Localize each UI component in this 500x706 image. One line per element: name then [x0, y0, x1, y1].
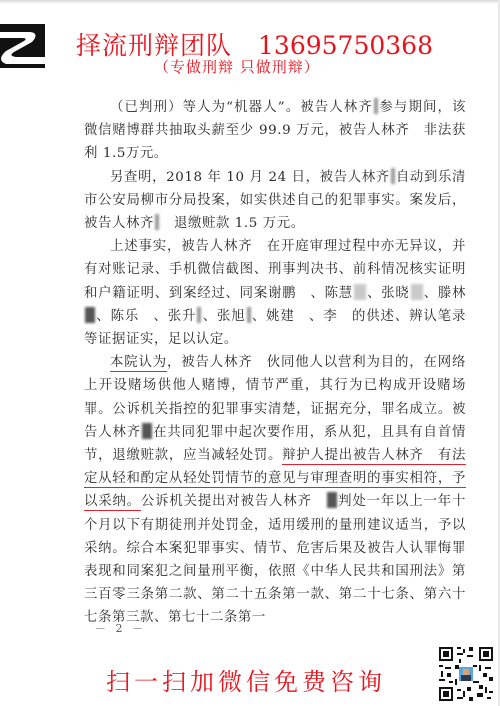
paragraph-3: 上述事实，被告人林齐 在开庭审理过程中亦无异议，并有对账记录、手机微信截图、刑事… [84, 235, 466, 351]
redaction [411, 284, 423, 300]
redaction [327, 492, 337, 508]
redaction [142, 423, 152, 439]
redaction [247, 307, 251, 323]
redaction [85, 307, 95, 323]
underlined-court-opinion-lead: 本院认为 [110, 355, 167, 372]
scan-top-edge [0, 0, 500, 4]
z-road-logo-icon [0, 24, 45, 68]
wechat-qr-code-icon[interactable] [437, 645, 495, 703]
page-number: － 2 － [95, 620, 146, 636]
redaction [354, 284, 366, 300]
judgment-document: （已判刑）等人为“机器人”。被告人林齐参与期间，该微信赌博群共抽取头薪至少 99… [84, 96, 466, 630]
redaction [155, 214, 159, 230]
wechat-consult-cta: 扫一扫加微信免费咨询 [106, 662, 386, 697]
redaction [391, 168, 395, 184]
paragraph-2: 另查明，2018 年 10 月 24 日，被告人林齐自动到乐清市公安局柳市分局投… [84, 166, 466, 236]
banner-subtitle: （专做刑辩 只做刑辩） [154, 56, 320, 77]
redaction [197, 307, 201, 323]
redaction [374, 98, 378, 114]
paragraph-1: （已判刑）等人为“机器人”。被告人林齐参与期间，该微信赌博群共抽取头薪至少 99… [84, 96, 466, 166]
paragraph-4-court-opinion: 本院认为，被告人林齐 伙同他人以营利为目的，在网络上开设赌场供他人赌博，情节严重… [84, 351, 466, 629]
